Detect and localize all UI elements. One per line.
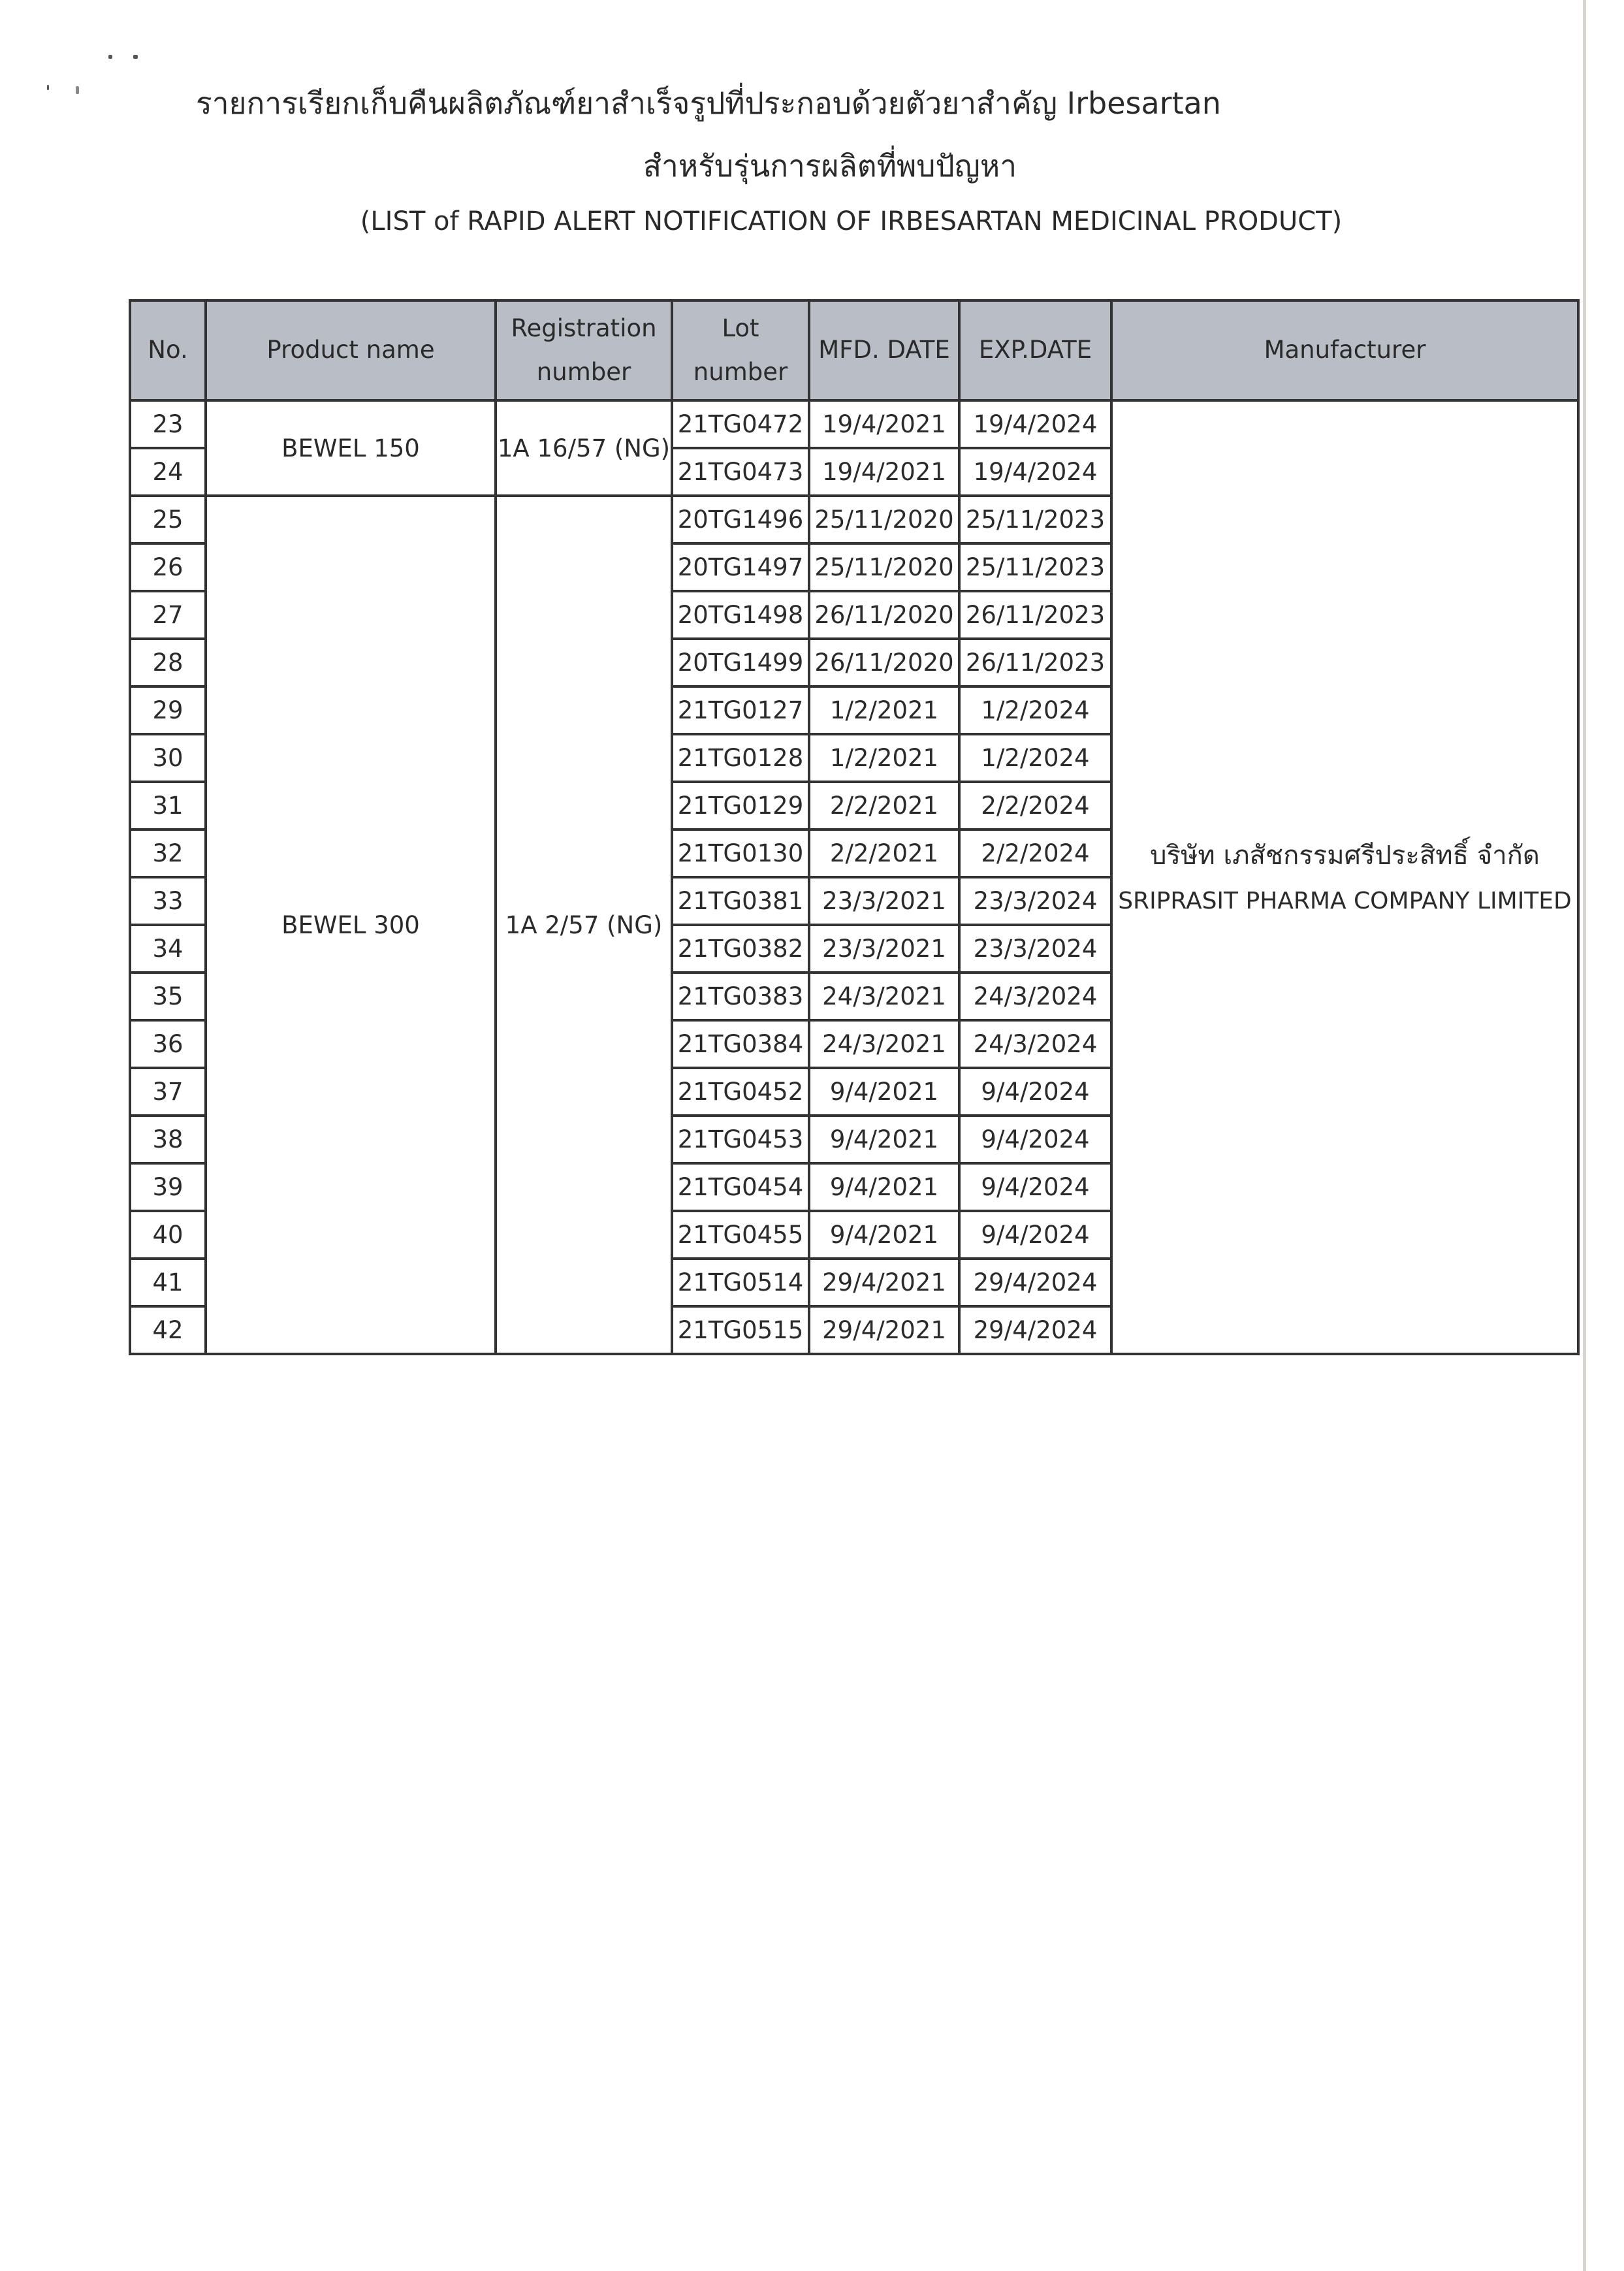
cell-no: 36 [130,1020,206,1068]
cell-exp-date: 9/4/2024 [959,1211,1111,1259]
cell-mfd-date: 19/4/2021 [809,448,959,496]
cell-mfd-date: 23/3/2021 [809,925,959,973]
title-thai-line2: สำหรับรุ่นการผลิตที่พบปัญหา [0,142,1624,190]
cell-no: 39 [130,1163,206,1211]
header-manufacturer: Manufacturer [1111,300,1578,400]
cell-no: 27 [130,591,206,639]
cell-mfd-date: 9/4/2021 [809,1068,959,1116]
cell-lot-number: 21TG0473 [672,448,809,496]
cell-mfd-date: 1/2/2021 [809,686,959,734]
cell-lot-number: 21TG0514 [672,1259,809,1306]
cell-lot-number: 21TG0515 [672,1306,809,1354]
cell-mfd-date: 29/4/2021 [809,1259,959,1306]
cell-exp-date: 9/4/2024 [959,1116,1111,1163]
table-row: 23BEWEL 1501A 16/57 (NG)21TG047219/4/202… [130,400,1578,448]
cell-product-name: BEWEL 150 [206,400,496,496]
cell-mfd-date: 9/4/2021 [809,1116,959,1163]
cell-manufacturer: บริษัท เภสัชกรรมศรีประสิทธิ์ จำกัดSRIPRA… [1111,400,1578,1354]
cell-lot-number: 21TG0384 [672,1020,809,1068]
cell-lot-number: 21TG0381 [672,877,809,925]
cell-exp-date: 23/3/2024 [959,877,1111,925]
cell-no: 31 [130,782,206,829]
cell-lot-number: 21TG0129 [672,782,809,829]
cell-lot-number: 21TG0130 [672,829,809,877]
cell-mfd-date: 19/4/2021 [809,400,959,448]
cell-exp-date: 2/2/2024 [959,782,1111,829]
cell-no: 42 [130,1306,206,1354]
cell-exp-date: 26/11/2023 [959,639,1111,686]
cell-exp-date: 1/2/2024 [959,686,1111,734]
header-product-name: Product name [206,300,496,400]
cell-no: 30 [130,734,206,782]
cell-mfd-date: 26/11/2020 [809,639,959,686]
cell-lot-number: 21TG0127 [672,686,809,734]
header-no: No. [130,300,206,400]
cell-no: 37 [130,1068,206,1116]
cell-exp-date: 9/4/2024 [959,1163,1111,1211]
cell-mfd-date: 29/4/2021 [809,1306,959,1354]
cell-mfd-date: 23/3/2021 [809,877,959,925]
table-body: 23BEWEL 1501A 16/57 (NG)21TG047219/4/202… [130,400,1578,1354]
cell-lot-number: 20TG1499 [672,639,809,686]
cell-mfd-date: 25/11/2020 [809,543,959,591]
cell-mfd-date: 1/2/2021 [809,734,959,782]
header-exp-date: EXP.DATE [959,300,1111,400]
cell-no: 35 [130,973,206,1020]
cell-mfd-date: 25/11/2020 [809,496,959,543]
cell-exp-date: 19/4/2024 [959,448,1111,496]
cell-mfd-date: 9/4/2021 [809,1163,959,1211]
cell-lot-number: 21TG0472 [672,400,809,448]
cell-product-name: BEWEL 300 [206,496,496,1354]
cell-lot-number: 21TG0453 [672,1116,809,1163]
cell-lot-number: 21TG0383 [672,973,809,1020]
cell-exp-date: 1/2/2024 [959,734,1111,782]
header-lot-number: Lot number [672,300,809,400]
cell-mfd-date: 26/11/2020 [809,591,959,639]
manufacturer-name-english: SRIPRASIT PHARMA COMPANY LIMITED [1113,880,1577,924]
header-registration-line2: number [537,358,631,386]
cell-registration-number: 1A 2/57 (NG) [496,496,672,1354]
scan-page-edge [1583,0,1586,2271]
cell-exp-date: 25/11/2023 [959,543,1111,591]
cell-no: 34 [130,925,206,973]
header-registration-line1: Registration [511,314,656,342]
cell-lot-number: 21TG0452 [672,1068,809,1116]
cell-exp-date: 24/3/2024 [959,973,1111,1020]
cell-no: 38 [130,1116,206,1163]
cell-no: 26 [130,543,206,591]
cell-mfd-date: 9/4/2021 [809,1211,959,1259]
cell-exp-date: 19/4/2024 [959,400,1111,448]
cell-exp-date: 25/11/2023 [959,496,1111,543]
cell-lot-number: 21TG0454 [672,1163,809,1211]
cell-lot-number: 21TG0382 [672,925,809,973]
cell-mfd-date: 2/2/2021 [809,829,959,877]
cell-exp-date: 24/3/2024 [959,1020,1111,1068]
header-lot-line2: number [693,358,788,386]
title-thai-line1: รายการเรียกเก็บคืนผลิตภัณฑ์ยาสำเร็จรูปที… [0,80,1624,127]
table-header: No. Product name Registration number Lot… [130,300,1578,400]
cell-mfd-date: 24/3/2021 [809,1020,959,1068]
cell-lot-number: 20TG1497 [672,543,809,591]
cell-no: 24 [130,448,206,496]
manufacturer-name-thai: บริษัท เภสัชกรรมศรีประสิทธิ์ จำกัด [1113,831,1577,880]
cell-lot-number: 20TG1498 [672,591,809,639]
recall-table: No. Product name Registration number Lot… [129,299,1580,1355]
cell-exp-date: 29/4/2024 [959,1259,1111,1306]
cell-exp-date: 2/2/2024 [959,829,1111,877]
cell-mfd-date: 24/3/2021 [809,973,959,1020]
cell-no: 41 [130,1259,206,1306]
cell-no: 40 [130,1211,206,1259]
cell-exp-date: 9/4/2024 [959,1068,1111,1116]
cell-no: 23 [130,400,206,448]
cell-no: 25 [130,496,206,543]
cell-no: 33 [130,877,206,925]
title-english: (LIST of RAPID ALERT NOTIFICATION OF IRB… [0,206,1624,236]
cell-exp-date: 26/11/2023 [959,591,1111,639]
cell-registration-number: 1A 16/57 (NG) [496,400,672,496]
cell-lot-number: 21TG0455 [672,1211,809,1259]
header-registration-number: Registration number [496,300,672,400]
cell-no: 32 [130,829,206,877]
cell-exp-date: 23/3/2024 [959,925,1111,973]
cell-lot-number: 21TG0128 [672,734,809,782]
header-mfd-date: MFD. DATE [809,300,959,400]
cell-no: 29 [130,686,206,734]
cell-mfd-date: 2/2/2021 [809,782,959,829]
cell-no: 28 [130,639,206,686]
header-lot-line1: Lot [722,314,759,342]
cell-exp-date: 29/4/2024 [959,1306,1111,1354]
cell-lot-number: 20TG1496 [672,496,809,543]
